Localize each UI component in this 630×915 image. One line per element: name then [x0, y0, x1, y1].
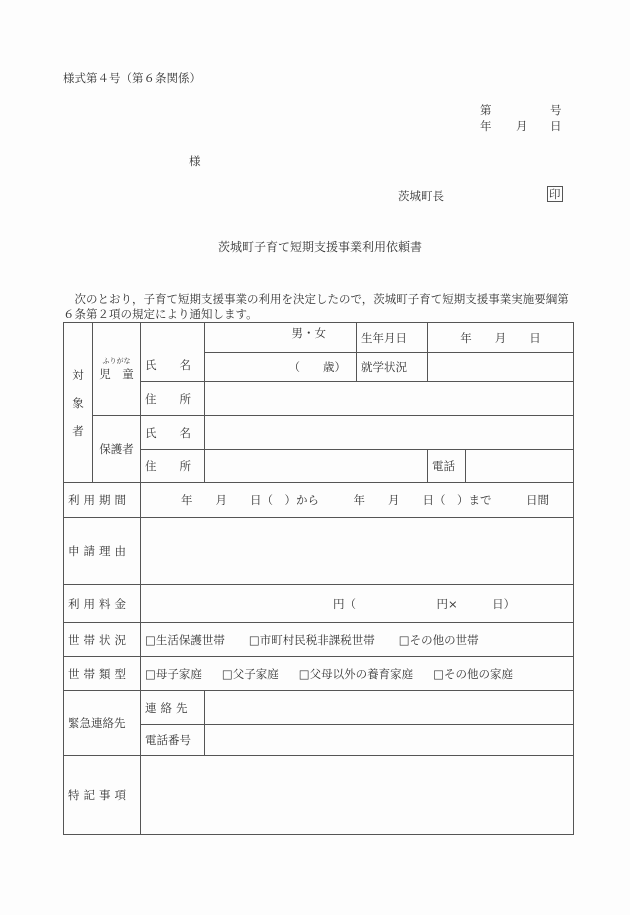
school-status-label: 就学状況: [357, 353, 428, 382]
checkbox-welfare-household[interactable]: □生活保護世帯: [145, 633, 225, 647]
phone-label: 電話: [428, 450, 466, 483]
age-field[interactable]: （ 歳）: [205, 353, 357, 382]
guardian-name-label: 氏 名: [141, 416, 205, 450]
gender-options[interactable]: 男・女: [292, 326, 327, 340]
reason-field[interactable]: [141, 518, 574, 585]
intro-line-1: 次のとおり，子育て短期支援事業の利用を決定したので，茨城町子育て短期支援事業実施…: [63, 291, 569, 307]
date-month: 月: [516, 118, 528, 134]
subject-char: 象: [72, 396, 84, 410]
fee-value: 円（ 円× 日）: [333, 597, 515, 611]
document-title: 茨城町子育て短期支援事業利用依頼書: [218, 238, 422, 255]
date-day: 日: [550, 118, 562, 134]
checkbox-other-family[interactable]: □その他の家庭: [433, 667, 513, 681]
contact-field[interactable]: [205, 691, 574, 725]
notes-label: 特記事項: [64, 756, 141, 835]
checkbox-single-mother[interactable]: □母子家庭: [145, 667, 202, 681]
birthdate-label: 生年月日: [357, 323, 428, 353]
birthdate-field[interactable]: 年 月 日: [428, 323, 574, 353]
child-label-cell: ふりがな 児 童: [93, 323, 141, 416]
birthdate-value: 年 月 日: [460, 331, 541, 345]
guardian-phone-field[interactable]: [466, 450, 574, 483]
contact-label: 連絡先: [141, 691, 205, 725]
school-status-field[interactable]: [428, 353, 574, 382]
household-status-options: □生活保護世帯□市町村民税非課税世帯□その他の世帯: [141, 623, 574, 657]
child-address-field[interactable]: [205, 382, 574, 416]
doc-number-suffix: 号: [550, 102, 562, 118]
furigana-label: ふりがな: [97, 357, 136, 366]
subject-char: 対: [72, 368, 84, 382]
date-year: 年: [480, 118, 492, 134]
child-label: 児 童: [99, 367, 134, 381]
guardian-address-label: 住 所: [141, 450, 205, 483]
notes-field[interactable]: [141, 756, 574, 835]
age-value: （ 歳）: [289, 360, 347, 374]
request-form-table: 対 象 者 ふりがな 児 童 氏 名 男・女 生年月日 年 月 日 （ 歳） 就…: [63, 322, 574, 835]
emergency-contact-label: 緊急連絡先: [64, 691, 141, 756]
intro-line-2: ６条第２項の規定により通知します。: [63, 306, 258, 322]
checkbox-tax-exempt-household[interactable]: □市町村民税非課税世帯: [249, 633, 375, 647]
checkbox-single-father[interactable]: □父子家庭: [222, 667, 279, 681]
fee-label: 利用料金: [64, 585, 141, 623]
child-address-label: 住 所: [141, 382, 205, 416]
checkbox-other-household[interactable]: □その他の世帯: [399, 633, 479, 647]
phone-number-label: 電話番号: [141, 725, 205, 756]
child-name-label: 氏 名: [141, 323, 205, 382]
household-type-label: 世帯類型: [64, 657, 141, 691]
issuer-name: 茨城町長: [398, 188, 444, 204]
gender-cell[interactable]: 男・女: [205, 323, 357, 353]
recipient-suffix: 様: [189, 153, 201, 169]
subject-char: 者: [72, 424, 84, 438]
period-value: 年 月 日（ ）から 年 月 日（ ）まで 日間: [181, 493, 549, 507]
household-status-label: 世帯状況: [64, 623, 141, 657]
household-type-options: □母子家庭□父子家庭□父母以外の養育家庭□その他の家庭: [141, 657, 574, 691]
phone-number-field[interactable]: [205, 725, 574, 756]
guardian-address-field[interactable]: [205, 450, 428, 483]
period-field[interactable]: 年 月 日（ ）から 年 月 日（ ）まで 日間: [141, 483, 574, 518]
doc-number-prefix: 第: [480, 102, 492, 118]
fee-field[interactable]: 円（ 円× 日）: [141, 585, 574, 623]
form-number: 様式第４号（第６条関係）: [63, 70, 201, 86]
seal-stamp: 印: [547, 186, 563, 202]
guardian-name-field[interactable]: [205, 416, 574, 450]
period-label: 利用期間: [64, 483, 141, 518]
checkbox-foster-family[interactable]: □父母以外の養育家庭: [299, 667, 413, 681]
reason-label: 申請理由: [64, 518, 141, 585]
guardian-label: 保護者: [93, 416, 141, 483]
subject-label: 対 象 者: [64, 323, 93, 483]
